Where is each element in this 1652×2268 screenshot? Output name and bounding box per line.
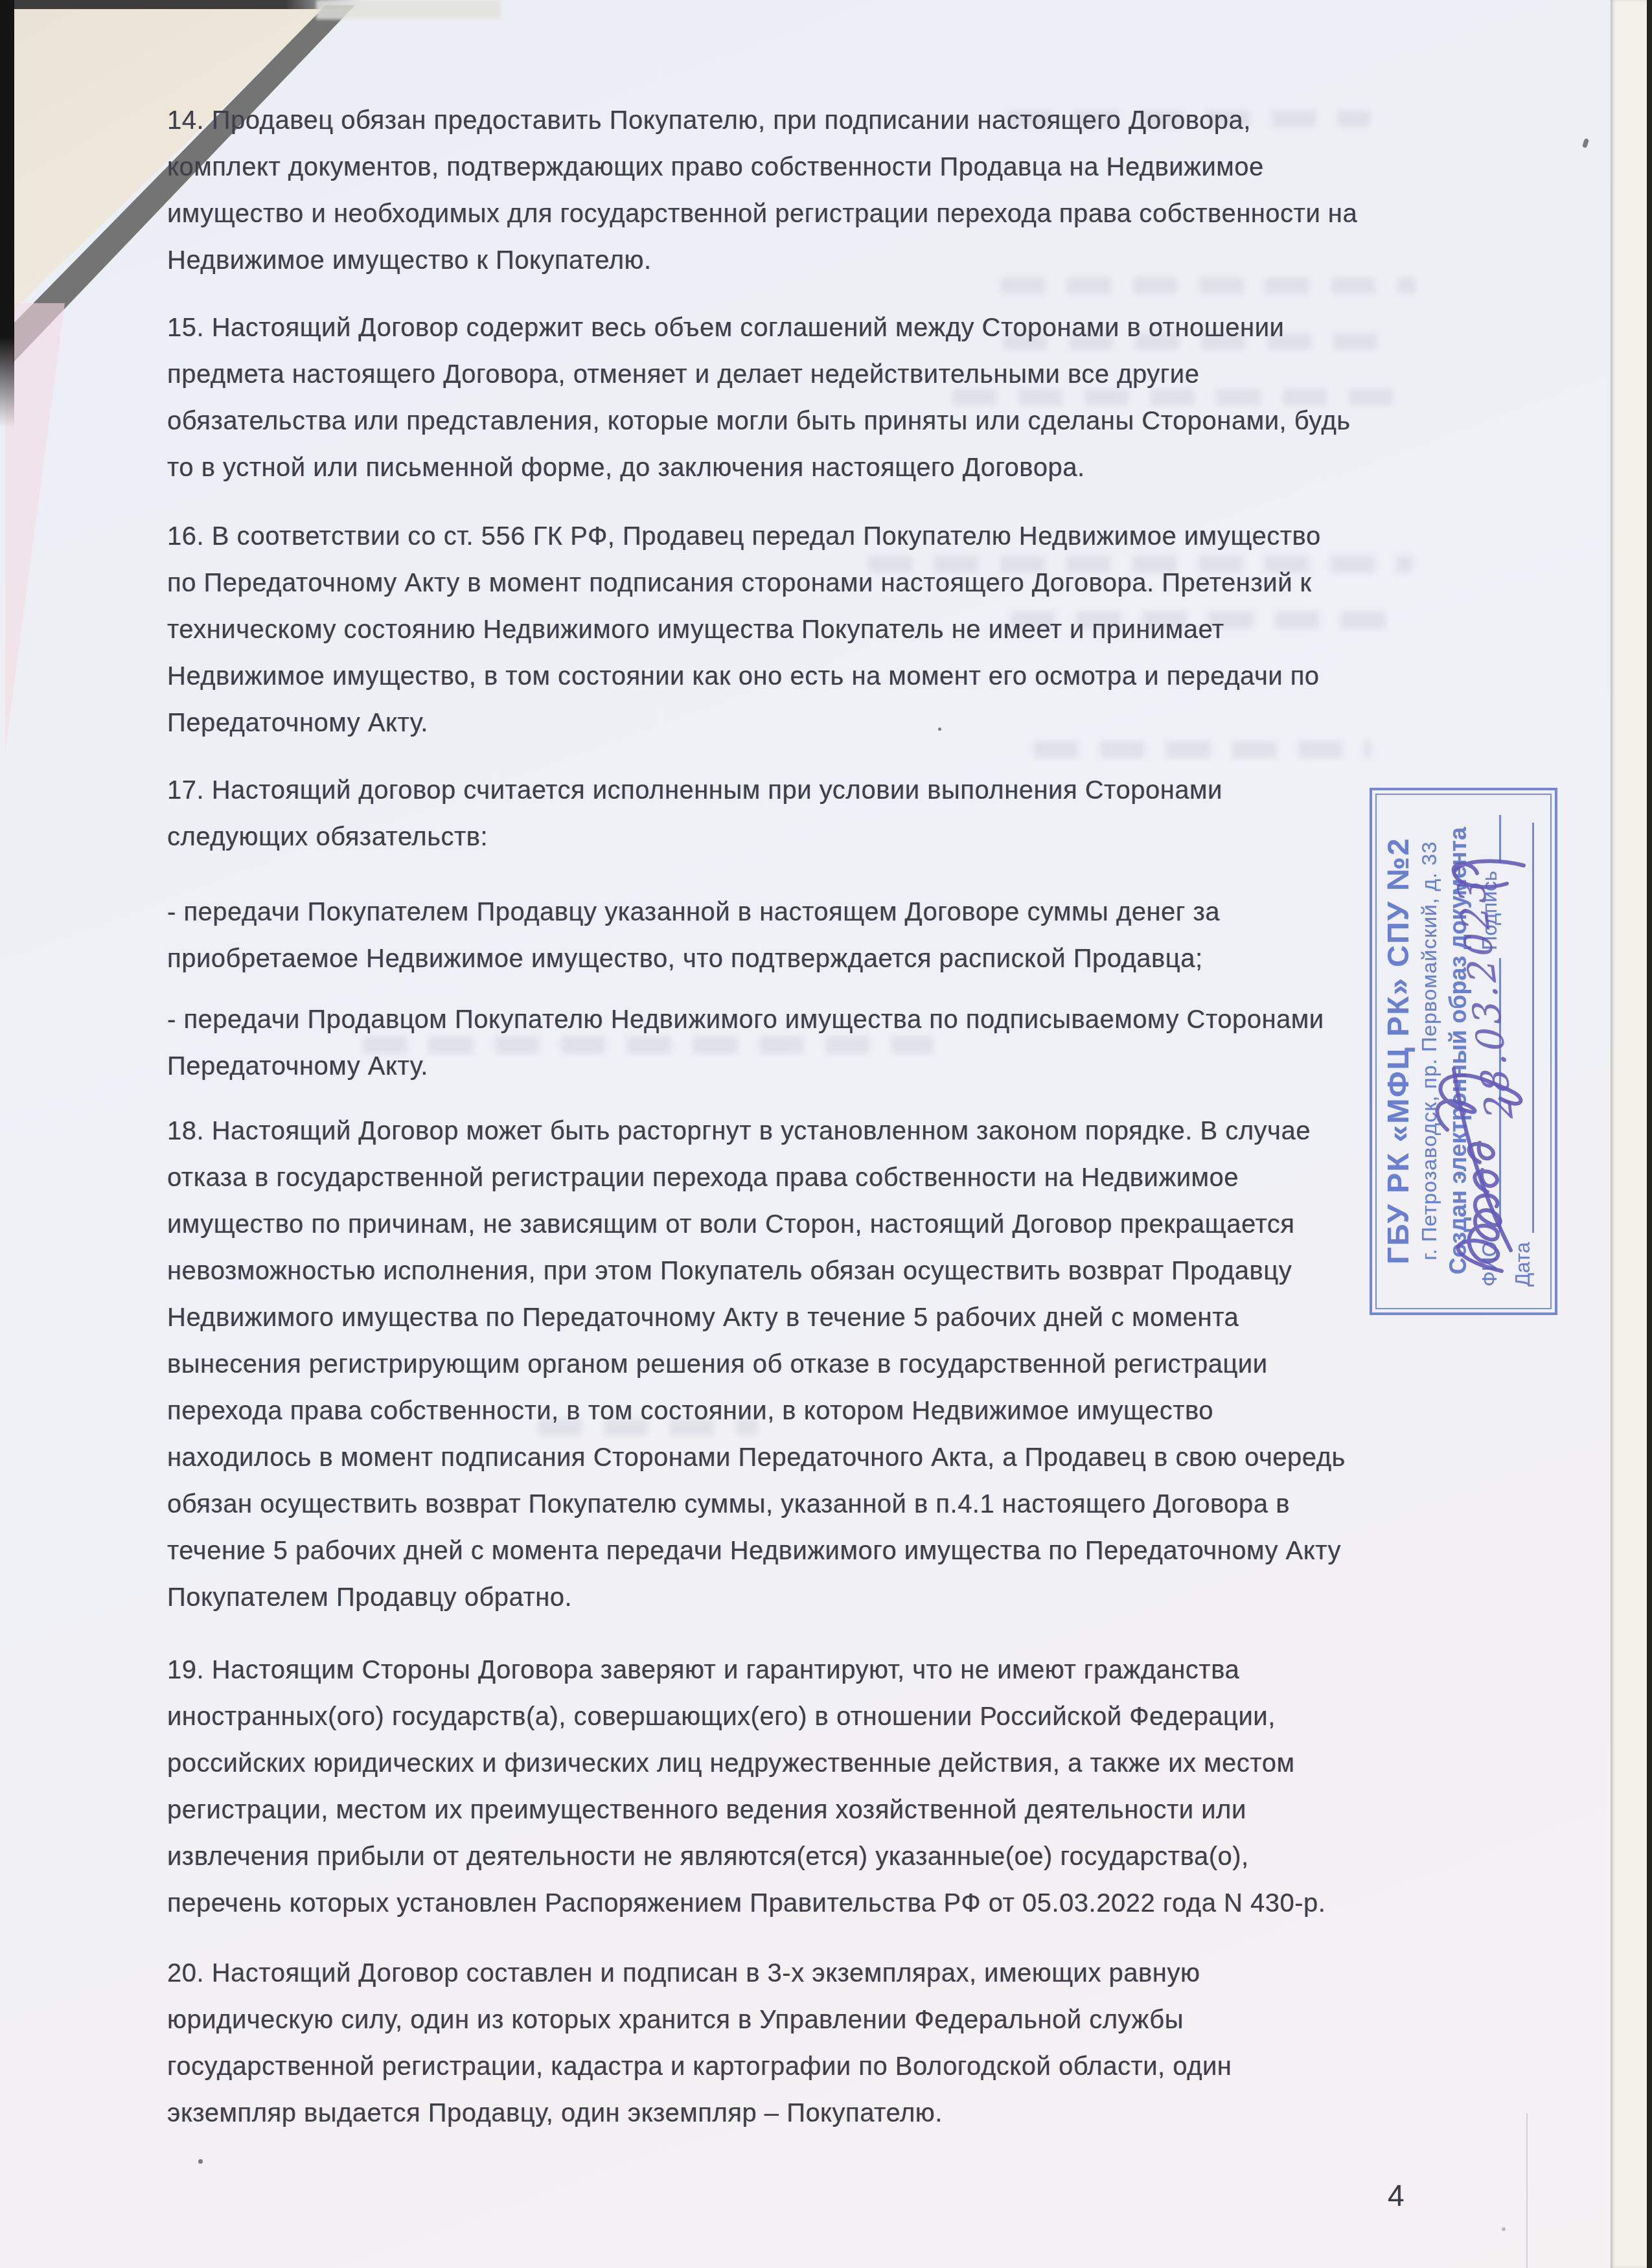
- scanner-edge-left: [0, 0, 14, 428]
- text-line: перечень которых установлен Распоряжение…: [167, 1880, 1424, 1927]
- text-line: российских юридических и физических лиц …: [167, 1740, 1424, 1787]
- text-line: 16. В соответствии со ст. 556 ГК РФ, Про…: [167, 513, 1424, 560]
- clause-17: 17. Настоящий договор считается исполнен…: [167, 767, 1424, 860]
- stamp-rotated-content: ГБУ РК «МФЦ РК» СПУ №2 г. Петрозаводск, …: [1370, 788, 1557, 1315]
- text-line: Недвижимое имущество, в том состоянии ка…: [167, 653, 1424, 700]
- text-line: Недвижимого имущества по Передаточному А…: [167, 1294, 1424, 1341]
- text-line: государственной регистрации, кадастра и …: [167, 2043, 1424, 2090]
- text-line: находилось в момент подписания Сторонами…: [167, 1434, 1424, 1481]
- clause-15: 15. Настоящий Договор содержит весь объе…: [167, 304, 1424, 491]
- text-line: Передаточному Акту.: [167, 700, 1424, 746]
- text-line: то в устной или письменной форме, до зак…: [167, 444, 1424, 491]
- text-line: - передачи Продавцом Покупателю Недвижим…: [167, 996, 1424, 1043]
- text-line: 20. Настоящий Договор составлен и подпис…: [167, 1950, 1424, 1997]
- text-line: 14. Продавец обязан предоставить Покупат…: [167, 97, 1424, 144]
- paper-crease-line: [1526, 2113, 1528, 2268]
- text-line: юридическую силу, один из которых хранит…: [167, 1997, 1424, 2043]
- text-line: невозможностью исполнения, при этом Поку…: [167, 1248, 1424, 1294]
- stamp-org-name: ГБУ РК «МФЦ РК» СПУ №2: [1380, 815, 1416, 1287]
- text-line: течение 5 рабочих дней с момента передач…: [167, 1528, 1424, 1574]
- text-line: Передаточному Акту.: [167, 1043, 1424, 1090]
- text-line: перехода права собственности, в том сост…: [167, 1388, 1424, 1434]
- text-line: предмета настоящего Договора, отменяет и…: [167, 351, 1424, 398]
- text-line: следующих обязательств:: [167, 814, 1424, 860]
- text-line: экземпляр выдается Продавцу, один экземп…: [167, 2090, 1424, 2136]
- text-line: Недвижимое имущество к Покупателю.: [167, 237, 1424, 284]
- dust-speck: [1582, 138, 1589, 148]
- mfc-electronic-image-stamp: ГБУ РК «МФЦ РК» СПУ №2 г. Петрозаводск, …: [1370, 788, 1557, 1315]
- clause-14: 14. Продавец обязан предоставить Покупат…: [167, 97, 1424, 284]
- text-line: обязан осуществить возврат Покупателю су…: [167, 1481, 1424, 1528]
- text-line: 15. Настоящий Договор содержит весь объе…: [167, 304, 1424, 351]
- text-line: Покупателем Продавцу обратно.: [167, 1574, 1424, 1621]
- text-line: имущество и необходимых для государствен…: [167, 190, 1424, 237]
- text-line: 18. Настоящий Договор может быть расторг…: [167, 1108, 1424, 1154]
- text-line: отказа в государственной регистрации пер…: [167, 1154, 1424, 1201]
- clause-19: 19. Настоящим Стороны Договора заверяют …: [167, 1647, 1424, 1927]
- text-line: обязательства или представления, которые…: [167, 398, 1424, 444]
- text-line: 19. Настоящим Стороны Договора заверяют …: [167, 1647, 1424, 1693]
- scanned-contract-page: 14. Продавец обязан предоставить Покупат…: [0, 0, 1652, 2268]
- text-line: приобретаемое Недвижимое имущество, что …: [167, 935, 1424, 982]
- scanner-edge-right: [1647, 0, 1652, 2268]
- scanner-edge-top: [0, 0, 363, 9]
- text-line: - передачи Покупателем Продавцу указанно…: [167, 889, 1424, 935]
- page-number: 4: [1388, 2178, 1405, 2213]
- dust-speck: [198, 2159, 203, 2164]
- clause-17-item-1: - передачи Покупателем Продавцу указанно…: [167, 889, 1424, 982]
- stamp-border: ГБУ РК «МФЦ РК» СПУ №2 г. Петрозаводск, …: [1370, 788, 1557, 1315]
- text-line: 17. Настоящий договор считается исполнен…: [167, 767, 1424, 814]
- underlying-sheet-edge: [1611, 0, 1648, 2268]
- text-line: иностранных(ого) государств(а), совершаю…: [167, 1693, 1424, 1740]
- text-line: имущество по причинам, не зависящим от в…: [167, 1201, 1424, 1248]
- text-line: техническому состоянию Недвижимого имуще…: [167, 606, 1424, 653]
- text-line: по Передаточному Акту в момент подписани…: [167, 560, 1424, 606]
- clause-16: 16. В соответствии со ст. 556 ГК РФ, Про…: [167, 513, 1424, 746]
- dust-speck: [1502, 2227, 1506, 2231]
- clause-17-item-2: - передачи Продавцом Покупателю Недвижим…: [167, 996, 1424, 1090]
- clause-18: 18. Настоящий Договор может быть расторг…: [167, 1108, 1424, 1621]
- text-line: комплект документов, подтверждающих прав…: [167, 144, 1424, 190]
- clause-20: 20. Настоящий Договор составлен и подпис…: [167, 1950, 1424, 2136]
- text-line: вынесения регистрирующим органом решения…: [167, 1341, 1424, 1388]
- sheet-edge-top: [316, 0, 501, 19]
- text-line: извлечения прибыли от деятельности не яв…: [167, 1833, 1424, 1880]
- text-line: регистрации, местом их преимущественного…: [167, 1787, 1424, 1833]
